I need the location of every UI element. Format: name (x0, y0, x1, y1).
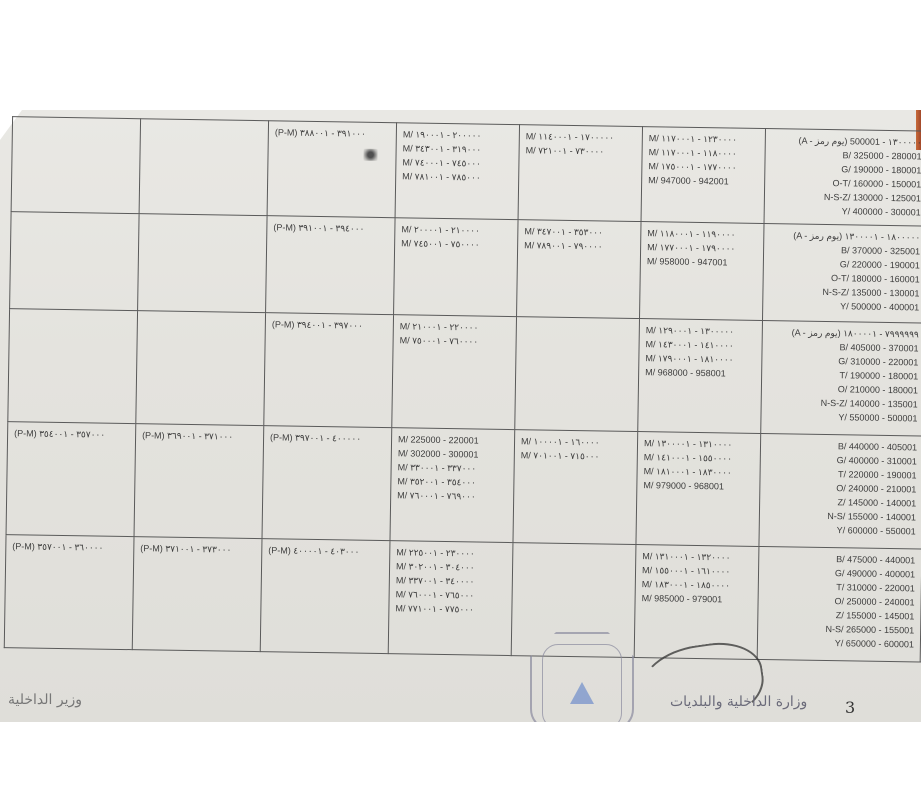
range-line: (P-M) ٣٦٠٠٠٠ - ٣٥٧٠٠١ (12, 539, 127, 555)
range-line: Y/ 500000 - 400001 (769, 298, 919, 314)
range-cell-pm2 (138, 214, 268, 313)
range-cell-m1: M/ ١٢٣٠٠٠٠ - ١١٧٠٠٠١M/ ١١٨٠٠٠٠ - ١١٧٠٠٠١… (641, 127, 765, 224)
range-line: Y/ 600000 - 550001 (766, 522, 916, 538)
range-cell-m3: M/ ٢٠٠٠٠٠ - ١٩٠٠٠١M/ ٣١٩٠٠٠ - ٣٤٣٠٠١M/ ٧… (395, 123, 519, 220)
range-cell-m1: M/ ١٣٢٠٠٠٠ - ١٣١٠٠٠١M/ ١٦١٠٠٠٠ - ١٥٥٠٠٠١… (634, 545, 759, 660)
document-footer: وزارة الداخلية والبلديات 3 وزير الداخلية (0, 680, 921, 722)
range-line: Y/ 550000 - 500001 (767, 409, 917, 425)
table-row: تموز(A - يوم رمز) ٧٩٩٩٩٩٩ - ١٨٠٠٠٠١B/ 40… (8, 309, 921, 437)
range-cell-main: B/ 475000 - 440001G/ 490000 - 400001T/ 3… (757, 546, 921, 662)
range-line: M/ ٧٣٠٠٠٠ - ٧٢١٠٠١ (526, 143, 636, 159)
range-cell-pm3: (P-M) ٣٦٠٠٠٠ - ٣٥٧٠٠١ (4, 535, 134, 650)
range-cell-m3: M/ ٢٣٠٠٠٠ - ٢٢٥٠٠١M/ ٣٠٤٠٠٠ - ٣٠٢٠٠١M/ ٣… (388, 541, 513, 656)
range-cell-m2: M/ ١٦٠٠٠٠ - ١٠٠٠٠١M/ ٧١٥٠٠٠ - ٧٠١٠٠١ (513, 430, 638, 545)
range-cell-pm2 (139, 119, 268, 216)
range-line: (P-M) ٤٠٣٠٠٠ - ٤٠٠٠٠١ (268, 543, 383, 559)
plate-range-table-wrapper: أيار(A - يوم رمز) ١٣٠٠٠٠٠ - 500001B/ 325… (4, 116, 892, 675)
plate-range-table: أيار(A - يوم رمز) ١٣٠٠٠٠٠ - 500001B/ 325… (4, 116, 921, 663)
table-row: حزيران(A - يوم رمز) ١٨٠٠٠٠٠ - ١٣٠٠٠٠١B/ … (10, 212, 921, 324)
range-cell-pm2: (P-M) ٣٧٣٠٠٠ - ٣٧١٠٠١ (132, 537, 262, 652)
range-line: M/ ٧٧٥٠٠٠ - ٧٧١٠٠١ (395, 601, 505, 617)
cedar-icon (570, 682, 594, 704)
range-line: M/ 985000 - 979001 (642, 591, 752, 607)
range-line: M/ 947000 - 942001 (648, 173, 758, 189)
document-page: أيار(A - يوم رمز) ١٣٠٠٠٠٠ - 500001B/ 325… (0, 110, 921, 722)
range-line: M/ ٧٦٩٠٠٠ - ٧٦٠٠٠١ (397, 488, 507, 504)
range-line: (P-M) ٣٩١٠٠٠ - ٣٨٨٠٠١ (275, 125, 390, 141)
range-cell-main: (A - يوم رمز) ١٨٠٠٠٠٠ - ١٣٠٠٠٠١B/ 370000… (762, 224, 921, 324)
range-cell-pm3 (11, 117, 140, 214)
official-stamp (530, 632, 634, 722)
range-line: M/ ٧١٥٠٠٠ - ٧٠١٠٠١ (521, 448, 631, 464)
range-cell-m3: M/ 225000 - 220001M/ 302000 - 300001M/ ٣… (390, 428, 515, 543)
range-line: M/ ٧٨٥٠٠٠ - ٧٨١٠٠١ (402, 169, 512, 185)
range-cell-pm3 (8, 309, 138, 424)
range-cell-pm3 (10, 212, 140, 311)
range-line: (A - يوم رمز) ١٨٠٠٠٠٠ - ١٣٠٠٠٠١ (770, 228, 920, 244)
range-cell-m2 (515, 317, 640, 432)
range-line: (P-M) ٣٩٤٠٠٠ - ٣٩١٠٠١ (273, 220, 388, 236)
range-cell-main: (A - يوم رمز) ٧٩٩٩٩٩٩ - ١٨٠٠٠٠١B/ 405000… (761, 320, 921, 436)
range-cell-m3: M/ ٢١٠٠٠٠ - ٢٠٠٠٠١M/ ٧٥٠٠٠٠ - ٧٤٥٠٠١ (394, 218, 519, 317)
range-line: M/ 968000 - 958001 (645, 365, 755, 381)
range-line: M/ ٧٥٠٠٠٠ - ٧٤٥٠٠١ (401, 236, 511, 252)
range-line: M/ 958000 - 947001 (647, 254, 757, 270)
table-row: آبB/ 440000 - 405001G/ 400000 - 310001T/… (6, 422, 921, 550)
range-cell-m3: M/ ٢٢٠٠٠٠ - ٢١٠٠٠١M/ ٧٦٠٠٠٠ - ٧٥٠٠٠١ (392, 315, 517, 430)
range-cell-m2: M/ ٣٥٣٠٠٠ - ٣٤٧٠٠١M/ ٧٩٠٠٠٠ - ٧٨٩٠٠١ (517, 220, 642, 319)
range-cell-pm: (P-M) ٣٩١٠٠٠ - ٣٨٨٠٠١ (267, 121, 396, 218)
table-row: أيلولB/ 475000 - 440001G/ 490000 - 40000… (4, 535, 921, 663)
range-cell-main: B/ 440000 - 405001G/ 400000 - 310001T/ 2… (759, 433, 921, 549)
range-cell-pm2 (136, 311, 266, 426)
range-line: Y/ 400000 - 300001 (771, 203, 921, 219)
ministry-name: وزارة الداخلية والبلديات (670, 694, 807, 710)
range-line: (P-M) ٣٧٣٠٠٠ - ٣٧١٠٠١ (140, 541, 255, 557)
range-line: Y/ 650000 - 600001 (764, 635, 914, 651)
range-cell-m2: M/ ١٧٠٠٠٠٠ - ١١٤٠٠٠١M/ ٧٣٠٠٠٠ - ٧٢١٠٠١ (518, 125, 642, 222)
range-cell-m1: M/ ١٣٠٠٠٠٠ - ١٢٩٠٠٠١M/ ١٤١٠٠٠٠ - ١٤٣٠٠٠١… (638, 319, 763, 434)
table-row: أيار(A - يوم رمز) ١٣٠٠٠٠٠ - 500001B/ 325… (11, 117, 921, 227)
range-line: (P-M) ٤٠٠٠٠٠ - ٣٩٧٠٠١ (270, 430, 385, 446)
range-cell-m1: M/ ١٣١٠٠٠٠ - ١٣٠٠٠٠١M/ ١٥٥٠٠٠٠ - ١٤١٠٠٠١… (636, 432, 761, 547)
range-line: M/ ٧٦٠٠٠٠ - ٧٥٠٠٠١ (400, 333, 510, 349)
range-line: M/ 979000 - 968001 (643, 478, 753, 494)
range-line: (P-M) ٣٧١٠٠٠ - ٣٦٩٠٠١ (142, 428, 257, 444)
range-cell-pm3: (P-M) ٣٥٧٠٠٠ - ٣٥٤٠٠١ (6, 422, 136, 537)
range-line: (P-M) ٣٩٧٠٠٠ - ٣٩٤٠٠١ (272, 317, 387, 333)
range-line: M/ ٧٩٠٠٠٠ - ٧٨٩٠٠١ (524, 238, 634, 254)
range-cell-pm: (P-M) ٣٩٧٠٠٠ - ٣٩٤٠٠١ (264, 313, 394, 428)
range-line: (A - يوم رمز) ٧٩٩٩٩٩٩ - ١٨٠٠٠٠١ (769, 325, 919, 341)
range-cell-m1: M/ ١١٩٠٠٠٠ - ١١٨٠٠٠١M/ ١٧٩٠٠٠٠ - ١٧٧٠٠٠١… (640, 222, 765, 321)
range-cell-pm: (P-M) ٣٩٤٠٠٠ - ٣٩١٠٠١ (266, 216, 396, 315)
range-cell-pm2: (P-M) ٣٧١٠٠٠ - ٣٦٩٠٠١ (134, 424, 264, 539)
page-number: 3 (845, 698, 855, 717)
ink-mark (363, 149, 377, 161)
range-cell-pm: (P-M) ٤٠٣٠٠٠ - ٤٠٠٠٠١ (260, 539, 390, 654)
minister-signature-text: وزير الداخلية (8, 692, 82, 708)
range-cell-main: (A - يوم رمز) ١٣٠٠٠٠٠ - 500001B/ 325000 … (764, 129, 921, 227)
range-line: (P-M) ٣٥٧٠٠٠ - ٣٥٤٠٠١ (14, 426, 129, 442)
range-cell-pm: (P-M) ٤٠٠٠٠٠ - ٣٩٧٠٠١ (262, 426, 392, 541)
